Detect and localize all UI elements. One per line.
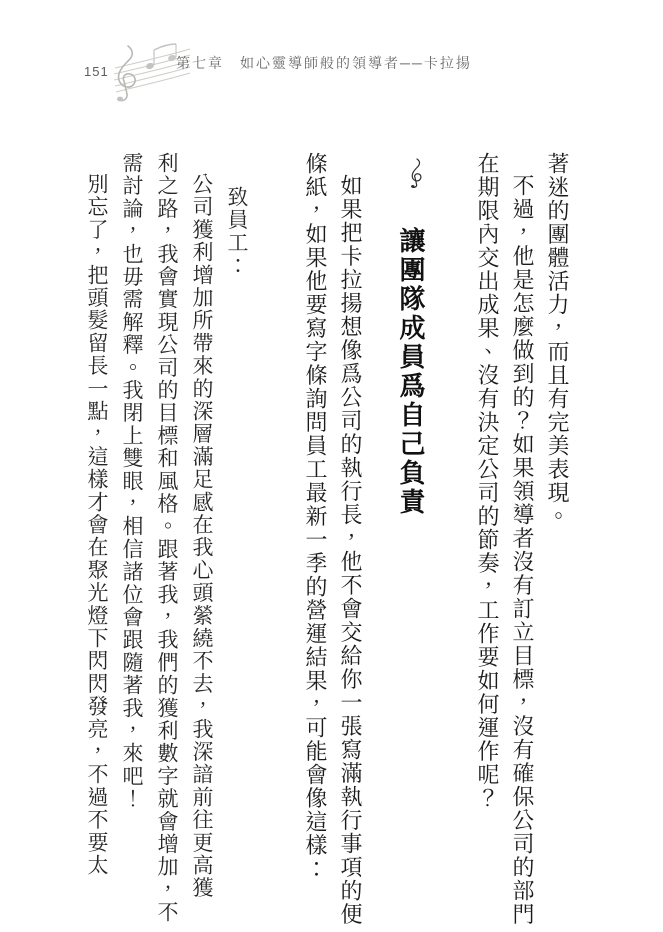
letter-line: 利之路，我會實現公司的目標和風格。跟著我，我們的獲利數字就會增加，不 xyxy=(149,152,184,932)
chapter-header: 第七章 如心靈導師般的領導者──卡拉揚 xyxy=(176,53,472,73)
letter-line: 公司獲利增加所帶來的深層滿足感在我心頭縈繞不去，我深諳前往更高獲 xyxy=(184,152,219,932)
section-heading: 讓團隊成員爲自己負責 xyxy=(390,152,430,932)
treble-clef-icon xyxy=(408,158,424,188)
paragraph-line: 不過，他是怎麼做到的？如果領導者沒有訂立目標，沒有確保公司的部門 xyxy=(505,152,540,932)
letter-line: 需討論，也毋需解釋。我閉上雙眼，相信諸位會跟隨著我，來吧！ xyxy=(114,152,149,932)
page-body: 著迷的團體活力，而且有完美表現。 不過，他是怎麼做到的？如果領導者沒有訂立目標，… xyxy=(79,152,575,932)
paragraph-line: 條紙，如果他要寫字條詢問員工最新一季的營運結果，可能會像這樣： xyxy=(298,152,333,932)
book-page: 151 第七章 如心靈導師般的領導者──卡拉揚 著迷的團體活力，而且有完美表現。… xyxy=(0,0,663,932)
paragraph-line: 在期限內交出成果、沒有決定公司的節奏，工作要如何運作呢？ xyxy=(470,152,505,932)
section-heading-text: 讓團隊成員爲自己負責 xyxy=(396,227,425,517)
letter-line: 別忘了，把頭髮留長一點，這樣才會在聚光燈下閃閃發亮，不過不要太 xyxy=(79,152,114,932)
paragraph-continuation-line: 著迷的團體活力，而且有完美表現。 xyxy=(540,152,575,932)
paragraph-line: 如果把卡拉揚想像爲公司的執行長，他不會交給你一張寫滿執行事項的便 xyxy=(333,152,368,932)
music-staff-ornament xyxy=(100,42,192,104)
letter-salutation: 致員工： xyxy=(219,152,254,932)
